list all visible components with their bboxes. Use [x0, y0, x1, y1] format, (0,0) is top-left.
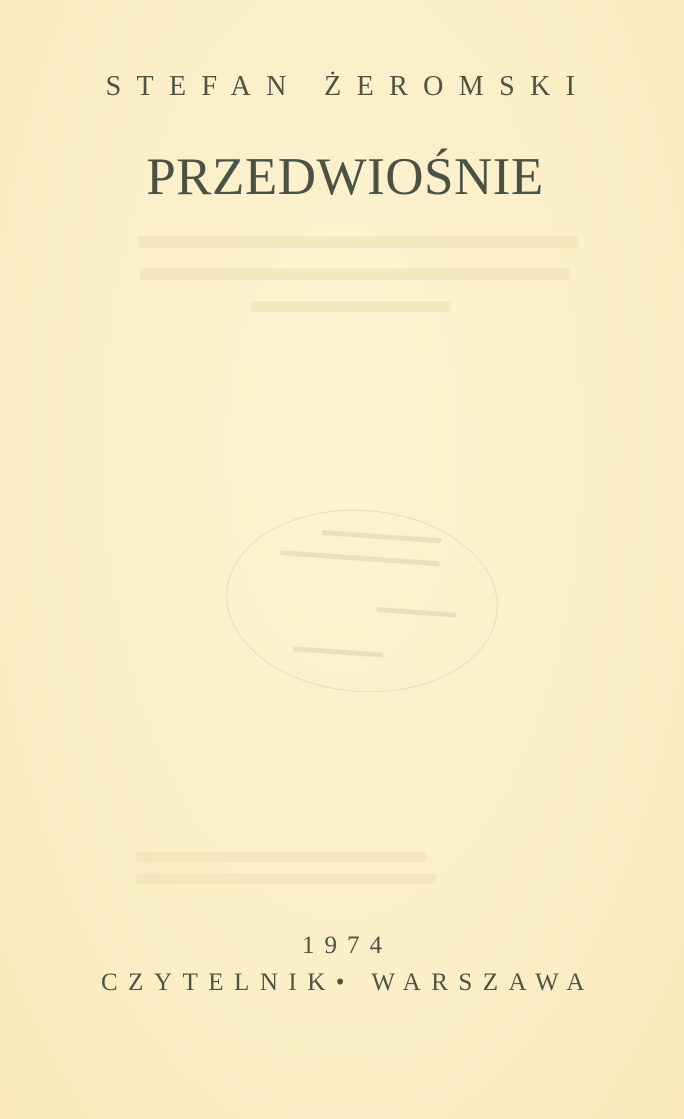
- title-page: STEFAN ŻEROMSKI PRZEDWIOŚNIE 1974 CZYTEL…: [0, 0, 684, 1119]
- publisher-line: CZYTELNIK• WARSZAWA: [0, 969, 684, 997]
- show-through-line: [136, 874, 436, 884]
- show-through-line: [138, 236, 578, 248]
- separator-dot: •: [336, 969, 355, 996]
- library-stamp: [220, 501, 504, 702]
- publisher-city: WARSZAWA: [371, 969, 595, 996]
- publication-year: 1974: [0, 932, 684, 960]
- show-through-line: [250, 301, 450, 312]
- show-through-line: [136, 852, 426, 862]
- author-name: STEFAN ŻEROMSKI: [0, 71, 684, 103]
- book-title: PRZEDWIOŚNIE: [0, 147, 684, 207]
- publisher-name: CZYTELNIK: [101, 969, 336, 996]
- show-through-line: [140, 268, 570, 280]
